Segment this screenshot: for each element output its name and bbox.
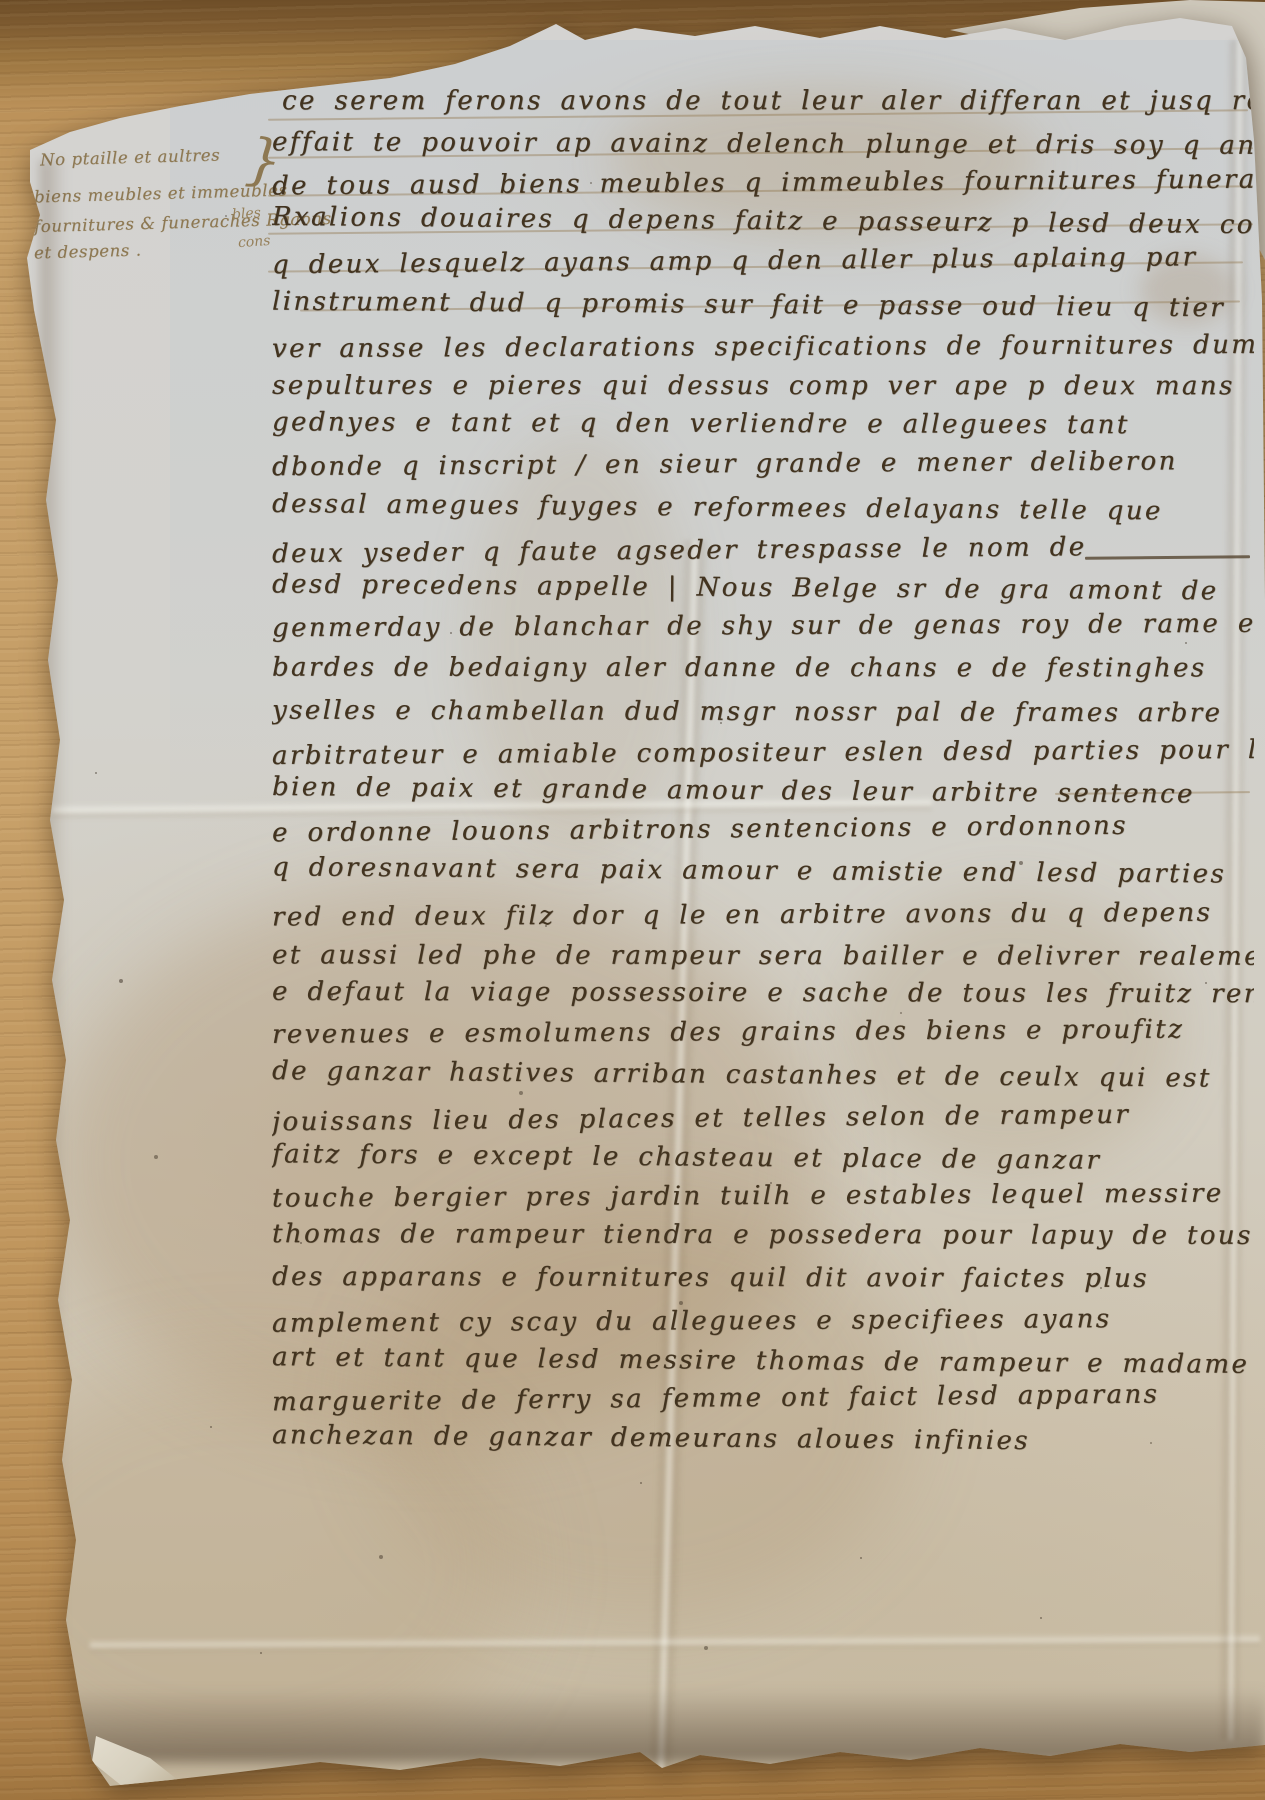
foxing-speckles [0, 0, 2, 2]
manuscript-page: } No ptaille et aultresbiens meubles et … [0, 0, 1265, 1800]
manuscript-photo-scene: } No ptaille et aultresbiens meubles et … [0, 0, 1265, 1800]
paper-shadow-wrap: } No ptaille et aultresbiens meubles et … [0, 0, 1265, 1800]
page-vignette [0, 0, 1265, 1800]
